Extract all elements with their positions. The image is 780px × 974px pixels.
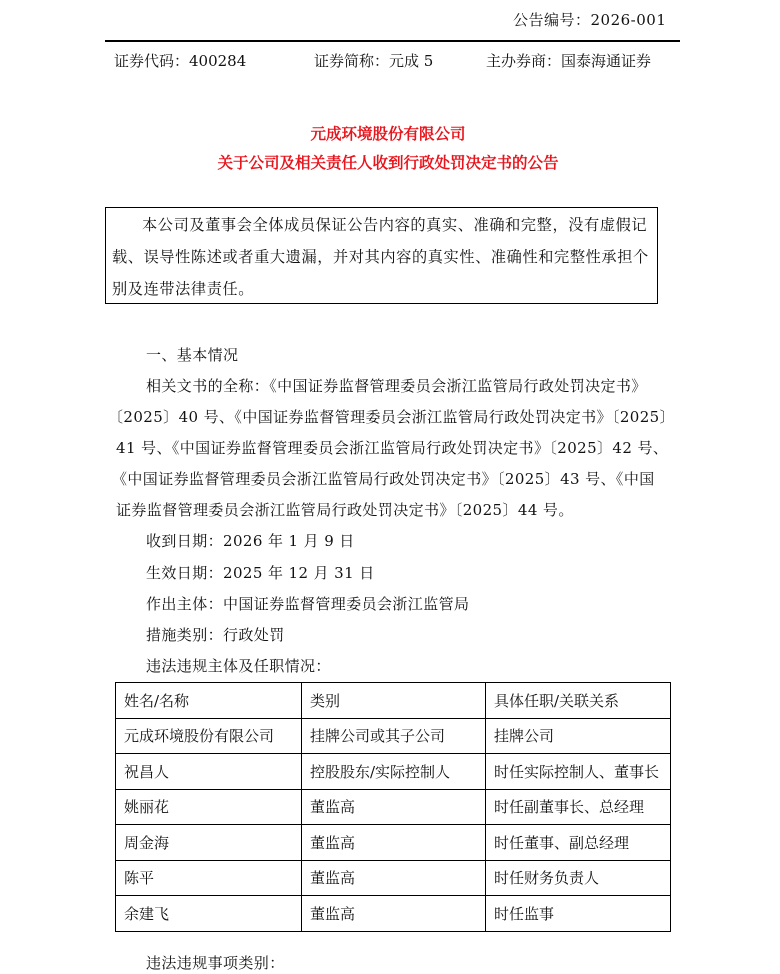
- cell-position: 挂牌公司: [486, 718, 671, 754]
- received-date: 收到日期：2026 年 1 月 9 日: [146, 530, 355, 551]
- cell-category: 董监高: [302, 825, 486, 861]
- security-abbreviation: 证券简称：元成 5: [314, 50, 433, 71]
- document-name-line: 〔2025〕40 号、《中国证券监督管理委员会浙江监管局行政处罚决定书》〔202…: [108, 406, 675, 427]
- table-header-row: 姓名/名称 类别 具体任职/关联关系: [116, 683, 671, 719]
- cell-category: 控股股东/实际控制人: [302, 754, 486, 790]
- cell-category: 挂牌公司或其子公司: [302, 718, 486, 754]
- company-name-title: 元成环境股份有限公司: [0, 122, 778, 144]
- effective-date: 生效日期：2025 年 12 月 31 日: [146, 562, 375, 583]
- cell-position: 时任副董事长、总经理: [486, 789, 671, 825]
- cell-position: 时任财务负责人: [486, 860, 671, 896]
- header-cell-name: 姓名/名称: [116, 683, 302, 719]
- cell-position: 时任实际控制人、董事长: [486, 754, 671, 790]
- table-row: 余建飞 董监高 时任监事: [116, 896, 671, 932]
- security-info-row: 证券代码：400284 证券简称：元成 5 主办券商：国泰海通证券: [114, 50, 674, 70]
- violators-table: 姓名/名称 类别 具体任职/关联关系 元成环境股份有限公司 挂牌公司或其子公司 …: [115, 682, 671, 932]
- disclaimer-text: 本公司及董事会全体成员保证公告内容的真实、准确和完整，没有虚假记载、误导性陈述或…: [112, 209, 657, 305]
- table-row: 祝昌人 控股股东/实际控制人 时任实际控制人、董事长: [116, 754, 671, 790]
- table-row: 元成环境股份有限公司 挂牌公司或其子公司 挂牌公司: [116, 718, 671, 754]
- sponsor-broker: 主办券商：国泰海通证券: [486, 50, 651, 71]
- announcement-title: 关于公司及相关责任人收到行政处罚决定书的公告: [0, 151, 778, 173]
- header-divider: [105, 40, 680, 42]
- header-cell-position: 具体任职/关联关系: [486, 683, 671, 719]
- disclaimer-box: 本公司及董事会全体成员保证公告内容的真实、准确和完整，没有虚假记载、误导性陈述或…: [105, 207, 658, 304]
- document-name-line: 《中国证券监督管理委员会浙江监管局行政处罚决定书》〔2025〕43 号、《中国: [112, 468, 655, 489]
- cell-category: 董监高: [302, 789, 486, 825]
- violators-label: 违法违规主体及任职情况：: [146, 655, 331, 676]
- cell-category: 董监高: [302, 860, 486, 896]
- cell-name: 陈平: [116, 860, 302, 896]
- cell-name: 余建飞: [116, 896, 302, 932]
- cell-name: 姚丽花: [116, 789, 302, 825]
- document-name-line: 相关文书的全称：《中国证券监督管理委员会浙江监管局行政处罚决定书》: [146, 375, 647, 396]
- document-name-line: 41 号、《中国证券监督管理委员会浙江监管局行政处罚决定书》〔2025〕42 号…: [116, 437, 668, 458]
- cell-name: 祝昌人: [116, 754, 302, 790]
- header-cell-category: 类别: [302, 683, 486, 719]
- table-row: 陈平 董监高 时任财务负责人: [116, 860, 671, 896]
- table-row: 姚丽花 董监高 时任副董事长、总经理: [116, 789, 671, 825]
- issuing-authority: 作出主体：中国证券监督管理委员会浙江监管局: [146, 593, 469, 614]
- section-heading: 一、基本情况: [146, 344, 238, 365]
- table-row: 周金海 董监高 时任董事、副总经理: [116, 825, 671, 861]
- cell-name: 周金海: [116, 825, 302, 861]
- cell-position: 时任董事、副总经理: [486, 825, 671, 861]
- document-name-line: 证券监督管理委员会浙江监管局行政处罚决定书》〔2025〕44 号。: [116, 499, 574, 520]
- measure-type: 措施类别：行政处罚: [146, 624, 285, 645]
- cell-category: 董监高: [302, 896, 486, 932]
- security-code: 证券代码：400284: [114, 50, 246, 71]
- violation-type-label: 违法违规事项类别：: [146, 952, 285, 973]
- cell-name: 元成环境股份有限公司: [116, 718, 302, 754]
- cell-position: 时任监事: [486, 896, 671, 932]
- notice-number: 公告编号：2026-001: [513, 9, 666, 30]
